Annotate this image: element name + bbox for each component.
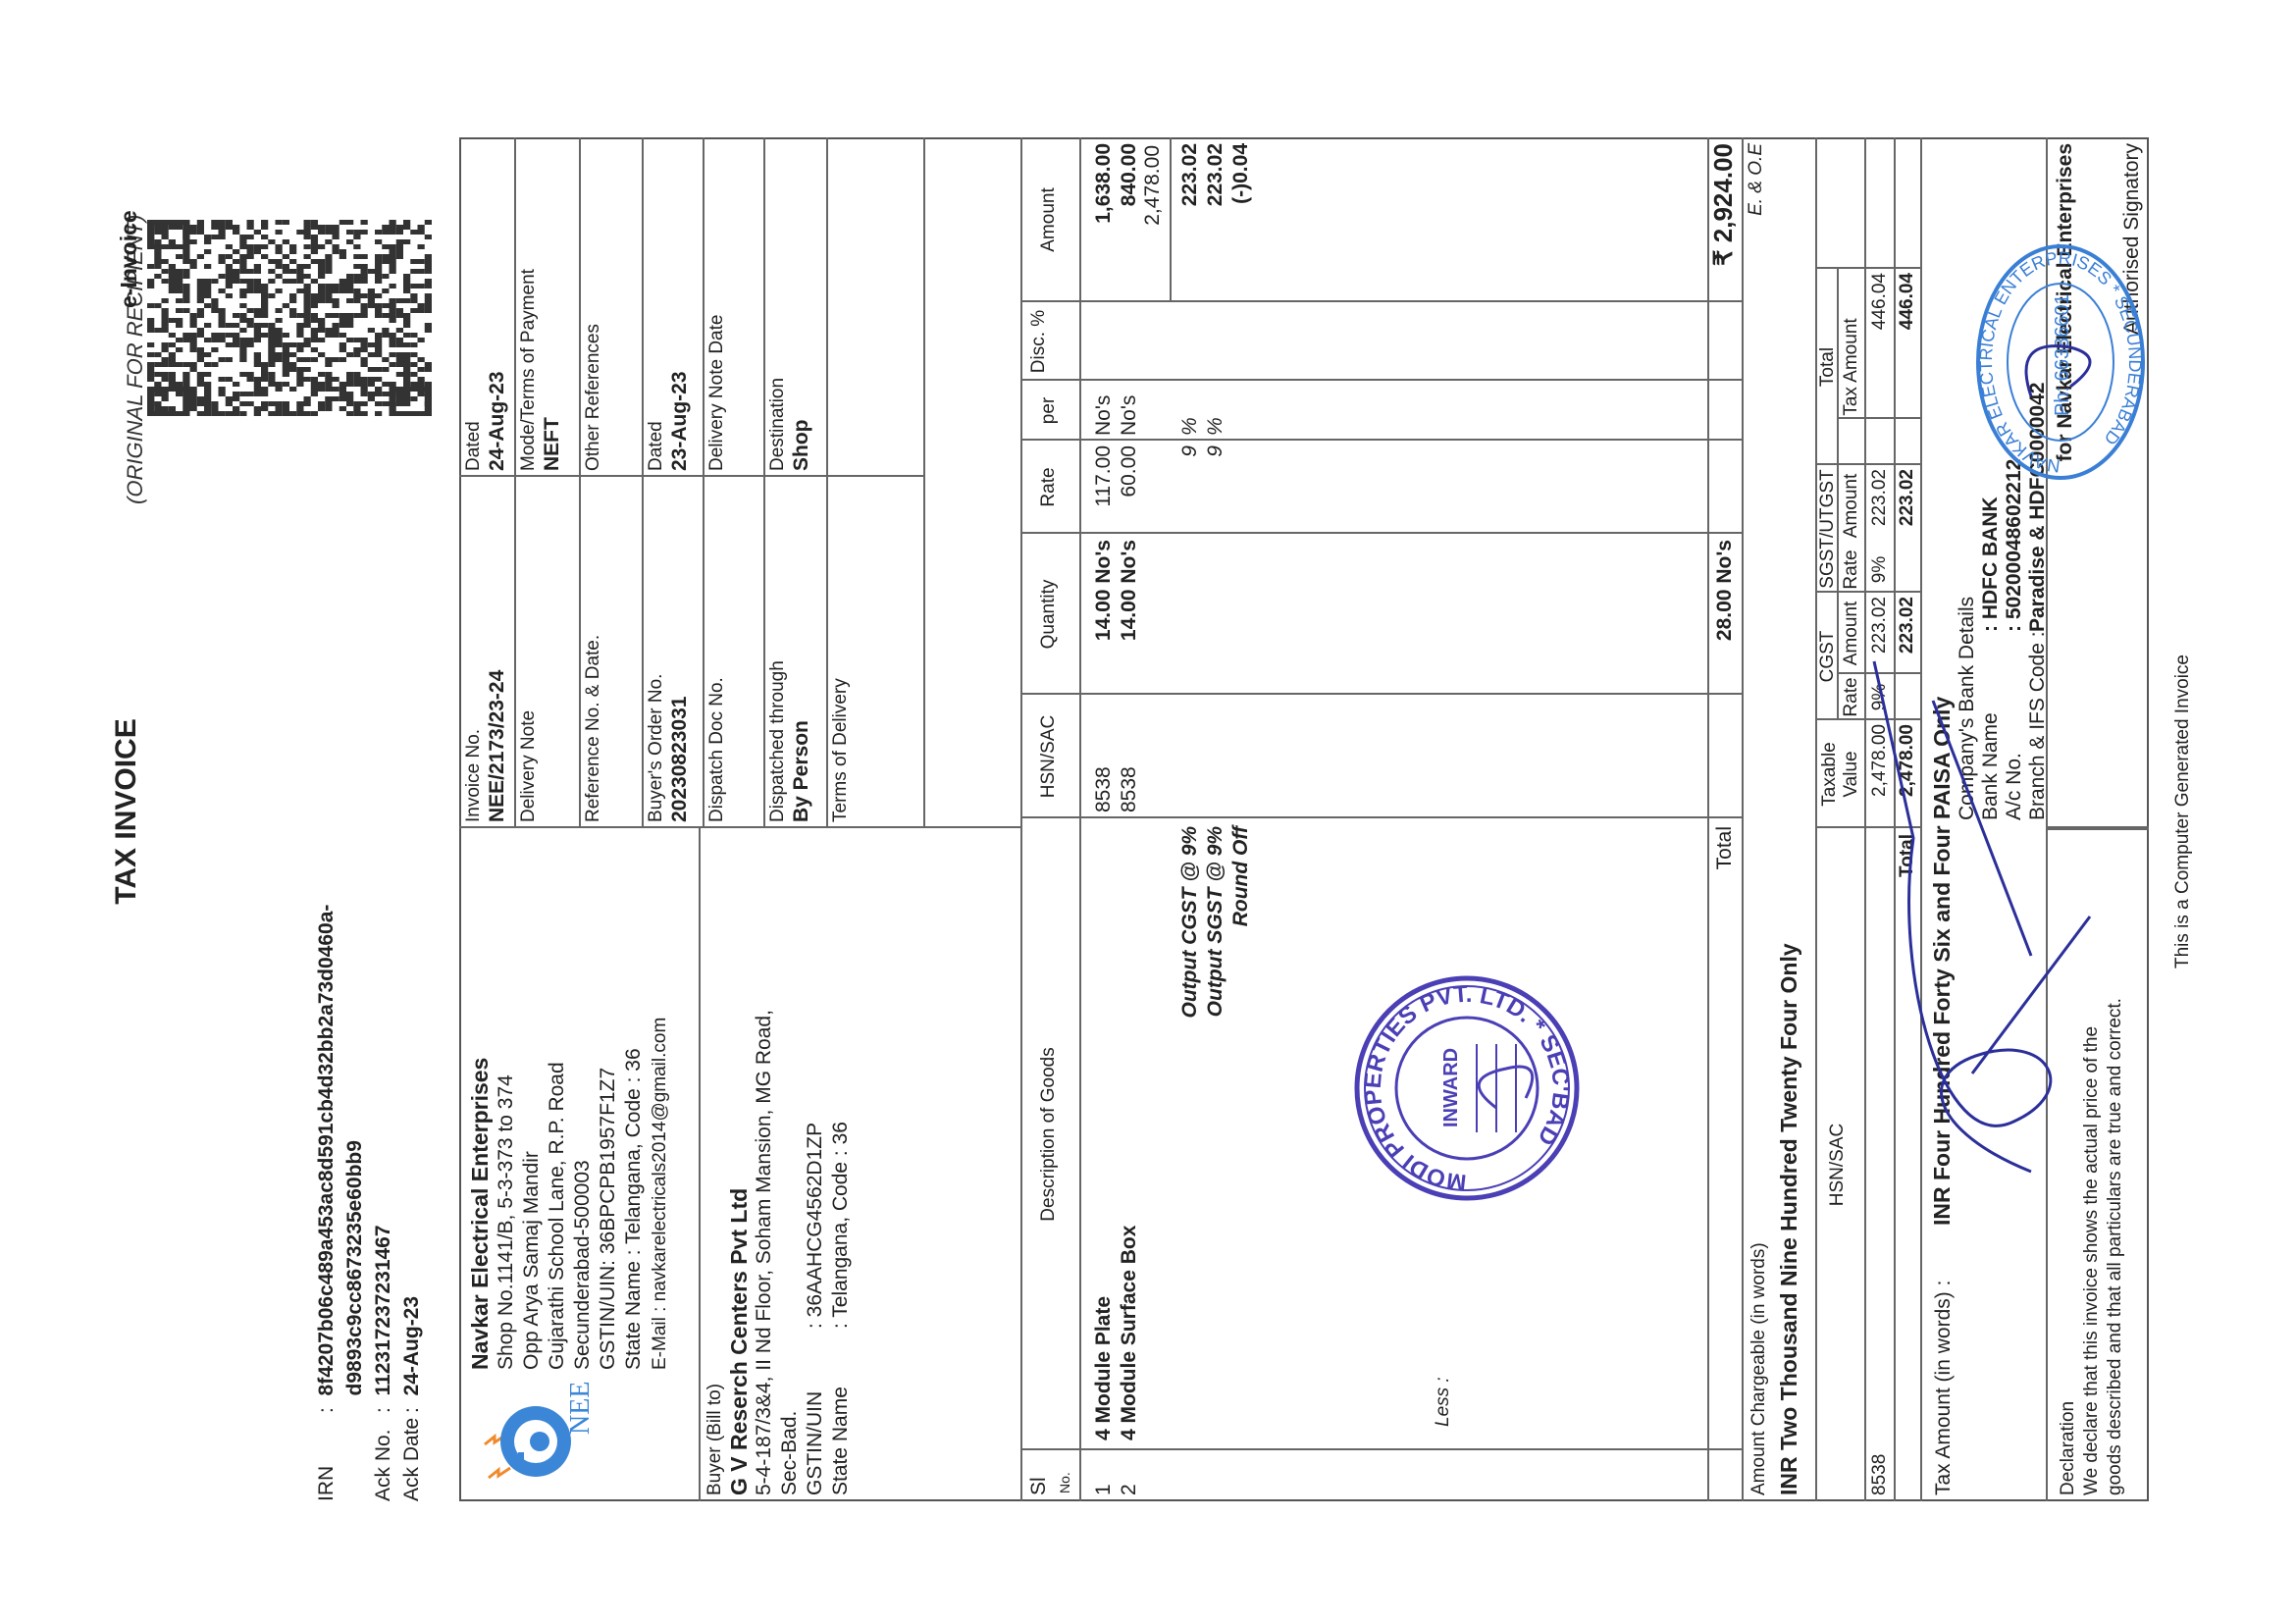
bank-ac-no: : 50200048602212: [2002, 459, 2027, 632]
tax-col-total: Total: [1815, 269, 1841, 465]
seller-address-line: Secunderabad-500003: [570, 1160, 596, 1370]
company-logo-icon: NEE: [479, 1378, 597, 1495]
meta-value: 20230823031: [667, 697, 693, 822]
tax-col-sgst-rate: Rate: [1839, 547, 1864, 593]
signature-icon: [1854, 622, 2110, 1211]
einvoice-label: e-Invoice: [116, 210, 142, 308]
tax-line-label: Output CGST @ 9%: [1177, 826, 1203, 1450]
buyer-address-cont: Sec-Bad.: [777, 1411, 803, 1495]
item-amount: 1,638.00: [1091, 143, 1117, 302]
amount-words: INR Two Thousand Nine Hundred Twenty Fou…: [1776, 943, 1801, 1495]
seller-email: E-Mail : navkarelectricals2014@gmail.com: [648, 1018, 673, 1370]
tax-total-amount: 446.04: [1895, 273, 1920, 465]
seller-state: State Name : Telangana, Code : 36: [621, 1048, 647, 1370]
tax-line-label: Round Off: [1228, 826, 1254, 1450]
item-per: No's: [1117, 381, 1142, 436]
svg-text:INWARD: INWARD: [1440, 1048, 1462, 1127]
meta-label: Delivery Note Date: [704, 315, 730, 471]
irn-value-cont: d9893c9cc8673235e60bb9: [343, 1140, 366, 1395]
buyer-gstin-label: GSTIN/UIN: [803, 1391, 828, 1495]
meta-label: Dated: [644, 421, 669, 471]
subtotal: 2,478.00: [1140, 145, 1166, 302]
item-sl: 2: [1117, 1456, 1142, 1495]
tax-col-cgst: CGST: [1815, 593, 1841, 720]
meta-label: Dispatched through: [765, 660, 791, 822]
meta-value: NEE/2173/23-24: [485, 670, 510, 822]
irn-label: IRN: [312, 1413, 340, 1501]
total-label: Total: [1712, 826, 1738, 1450]
less-label: Less :: [1431, 1377, 1456, 1427]
irn-value: 8f4207b06c489a453ac8d591cb4d32bb2a73d046…: [315, 905, 338, 1396]
tax-row-total: 446.04: [1867, 273, 1893, 465]
tax-line-per: %: [1177, 381, 1203, 436]
ack-no: 112317237231467: [372, 1225, 394, 1395]
item-per: No's: [1091, 381, 1117, 436]
sep: :: [372, 1407, 394, 1413]
meta-label: Buyer's Order No.: [644, 674, 669, 822]
item-description: 4 Module Surface Box: [1117, 832, 1142, 1440]
tax-line-rate: 9: [1203, 445, 1228, 534]
tax-line-rate: 9: [1177, 445, 1203, 534]
seller-name: Navkar Electrical Enterprises: [467, 1058, 493, 1370]
tax-col-hsn: HSN/SAC: [1825, 828, 1851, 1501]
item-quantity: 14.00 No's: [1091, 540, 1117, 695]
invoice-page: TAX INVOICE (ORIGINAL FOR RECIPIENT) e-I…: [0, 0, 2296, 1623]
inward-stamp-icon: MODI PROPERTIES PVT. LTD. * SEC'BAD INWA…: [1349, 970, 1585, 1206]
declaration-heading: Declaration: [2056, 1401, 2081, 1495]
meta-value: Shop: [789, 420, 814, 472]
tax-line-amount: 223.02: [1203, 143, 1228, 302]
company-stamp-icon: NAVKAR ELECTRICAL ENTERPRISES * SECUNDER…: [1972, 239, 2149, 485]
sep: :: [315, 1407, 338, 1413]
amount-words-label: Amount Chargeable (in words): [1747, 1242, 1772, 1495]
meta-label: Delivery Note: [516, 710, 542, 822]
buyer-gstin: : 36AAHCG4562D1ZP: [803, 1123, 828, 1329]
tax-line-label: Output SGST @ 9%: [1203, 826, 1228, 1450]
col-quantity: Quantity: [1036, 534, 1062, 695]
meta-label: Dispatch Doc No.: [704, 677, 730, 822]
sep: :: [400, 1407, 423, 1413]
col-sl: Sl: [1026, 1477, 1052, 1495]
col-per: per: [1036, 381, 1062, 441]
item-description: 4 Module Plate: [1091, 832, 1117, 1440]
tax-row-sgst-rate: 9%: [1867, 547, 1893, 593]
col-rate: Rate: [1036, 441, 1062, 534]
meta-value: 23-Aug-23: [667, 371, 693, 471]
col-amount: Amount: [1036, 137, 1062, 302]
meta-label: Terms of Delivery: [828, 678, 854, 822]
ack-date-label: Ack Date: [397, 1413, 426, 1501]
svg-text:Ph: 66386601: Ph: 66386601: [2052, 293, 2073, 416]
tax-line-amount: (-)0.04: [1228, 143, 1254, 302]
eoe: E. & O.E: [1744, 143, 1769, 302]
buyer-address: 5-4-187/3&4, II Nd Floor, Soham Mansion,…: [752, 1010, 777, 1495]
col-hsn: HSN/SAC: [1036, 695, 1062, 818]
item-rate: 60.00: [1117, 445, 1142, 534]
tax-words-label: Tax Amount (in words) :: [1931, 1281, 1957, 1495]
col-disc: Disc. %: [1026, 302, 1052, 381]
buyer-name: G V Reserch Centers Pvt Ltd: [726, 1188, 752, 1495]
tax-col-sgst: SGST/UTGST: [1815, 465, 1841, 593]
item-hsn: 8538: [1117, 705, 1142, 812]
seller-address-line: Gujarathi School Lane, R.P. Road: [545, 1062, 570, 1370]
svg-text:NEE: NEE: [565, 1382, 596, 1435]
col-sl-no: No.: [1052, 1472, 1077, 1493]
meta-label: Dated: [461, 421, 487, 471]
item-quantity: 14.00 No's: [1117, 540, 1142, 695]
tax-line-per: %: [1203, 381, 1228, 436]
item-sl: 1: [1091, 1456, 1117, 1495]
buyer-label: Buyer (Bill to): [703, 1384, 728, 1495]
meta-label: Reference No. & Date.: [581, 635, 606, 822]
meta-label: Invoice No.: [461, 729, 487, 822]
buyer-state-label: State Name: [828, 1387, 854, 1495]
irn-block: IRN: 8f4207b06c489a453ac8d591cb4d32bb2a7…: [312, 905, 426, 1501]
qr-code-icon: [147, 220, 432, 416]
col-description: Description of Goods: [1036, 818, 1062, 1450]
meta-label: Other References: [581, 324, 606, 471]
svg-text:MODI PROPERTIES PVT. LTD. * SE: MODI PROPERTIES PVT. LTD. * SEC'BAD: [1360, 981, 1575, 1196]
seller-address-line: Shop No.1141/B, 5-3-373 to 374: [494, 1074, 519, 1370]
tax-row-hsn: 8538: [1867, 1454, 1893, 1495]
tax-total-sgst: 223.02: [1895, 469, 1920, 547]
total-amount: ₹ 2,924.00: [1710, 143, 1736, 302]
bank-name: : HDFC BANK: [1978, 497, 2004, 632]
tax-col-total-2: Tax Amount: [1839, 269, 1864, 465]
item-hsn: 8538: [1091, 705, 1117, 812]
item-rate: 117.00: [1091, 445, 1117, 534]
tax-line-amount: 223.02: [1177, 143, 1203, 302]
ack-date: 24-Aug-23: [400, 1296, 423, 1396]
item-amount: 840.00: [1117, 143, 1142, 302]
meta-value: By Person: [789, 720, 814, 822]
meta-label: Destination: [765, 378, 791, 471]
tax-row-sgst-amount: 223.02: [1867, 469, 1893, 547]
tax-col-sgst-amount: Amount: [1839, 465, 1864, 547]
buyer-state: : Telangana, Code : 36: [828, 1122, 854, 1329]
meta-value: 24-Aug-23: [485, 371, 510, 471]
seller-gstin: GSTIN/UIN: 36BPCPB1957F1Z7: [596, 1068, 621, 1370]
total-quantity: 28.00 No's: [1712, 540, 1738, 695]
meta-label: Mode/Terms of Payment: [516, 269, 542, 471]
ack-no-label: Ack No.: [369, 1413, 397, 1501]
seller-address-line: Opp Arya Samaj Mandir: [519, 1151, 545, 1370]
meta-value: NEFT: [540, 417, 565, 471]
footer-note: This is a Computer Generated Invoice: [2170, 0, 2196, 1623]
